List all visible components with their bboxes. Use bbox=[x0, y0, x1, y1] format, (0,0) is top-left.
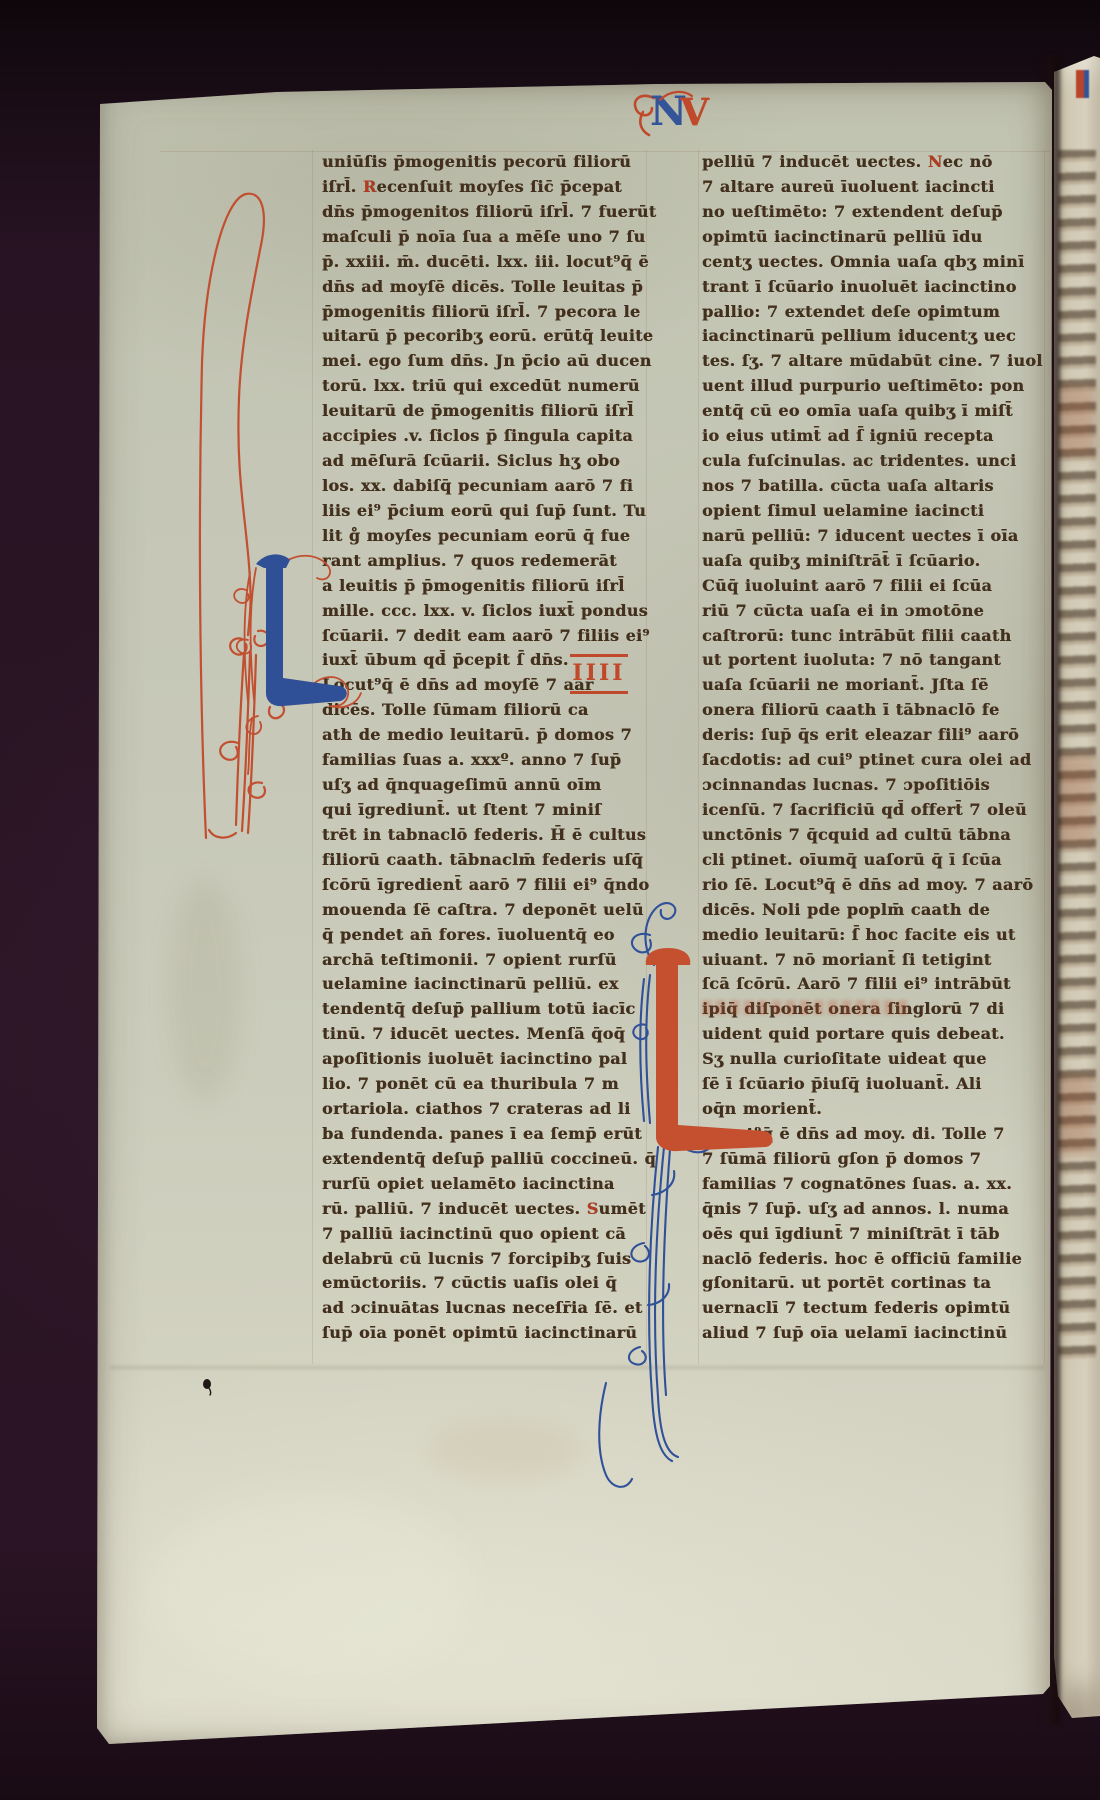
initial-l-red bbox=[540, 895, 800, 1520]
text-line: Cūq̄ iuoluint aarō 7 filii ei ſcūa bbox=[702, 576, 1050, 601]
text-line: p̄mogenitis filiorū iſrl̄. 7 pecora le bbox=[322, 302, 652, 327]
text-line: dicēs. Tolle ſūmam filiorū ca bbox=[322, 700, 652, 725]
text-line: io eius utimt̄ ad ſ̄ igniū recepta bbox=[702, 426, 1050, 451]
text-line: ſcūarii. 7 dedit eam aarō 7 filiis ei⁹ bbox=[322, 626, 652, 651]
text-line: ut portent iuoluta: 7 nō tangant bbox=[702, 650, 1050, 675]
adjacent-page-stain bbox=[1058, 756, 1094, 846]
initial-filigree-red bbox=[234, 556, 361, 774]
text-line: caſtrorū: tunc intrābūt filii caath bbox=[702, 626, 1050, 651]
text-line: uſʒ ad q̄nquageſimū annū oīm bbox=[322, 775, 652, 800]
text-line: torū. lxx. triū qui excedūt numerū bbox=[322, 376, 652, 401]
header-penwork-stroke-icon bbox=[658, 88, 694, 104]
text-line: los. xx. dabiſq̄ pecuniam aarō 7 fi bbox=[322, 476, 652, 501]
text-line: mille. ccc. lxx. v. ſiclos iuxt̄ pondus bbox=[322, 601, 652, 626]
initial-letter-body bbox=[256, 554, 347, 706]
text-line: a leuitis p̄ p̄mogenitis filiorū iſrl̄ bbox=[322, 576, 652, 601]
text-line: opimtū iacinctinarū pelliū īdu bbox=[702, 227, 1050, 252]
chapter-numeral-iiii: IIII bbox=[570, 654, 628, 694]
text-line: ɔcinnandas lucnas. 7 ɔpoſitiōis bbox=[702, 775, 1050, 800]
text-line: iſrl̄. Recenſuit moyſes ſic̄ p̄cepat bbox=[322, 177, 652, 202]
text-line: nos 7 batilla. cūcta uaſa altaris bbox=[702, 476, 1050, 501]
text-line: ad mēſurā ſcūarii. Siclus hʒ obo bbox=[322, 451, 652, 476]
text-line: icenſū. 7 ſacrificiū qd̄ offert̄ 7 oleū bbox=[702, 800, 1050, 825]
initial-l-blue bbox=[226, 548, 366, 783]
adjacent-page-header-mark bbox=[1076, 70, 1092, 98]
text-line: trēt in tabnaclō federis. H̄ ē cultus bbox=[322, 825, 652, 850]
text-line: uniūſis p̄mogenitis pecorū filiorū bbox=[322, 152, 652, 177]
text-line: pallio: 7 extendet deſe opimtum bbox=[702, 302, 1050, 327]
text-line: mei. ego ſum dn̄s. Jn p̄cio aū ducen bbox=[322, 351, 652, 376]
text-line: entq̄ cū eo omīa uaſa quibʒ ī miſt̄ bbox=[702, 401, 1050, 426]
text-line: p̄. xxiii. m̄. ducēti. lxx. iii. locut⁹q… bbox=[322, 252, 652, 277]
text-line: qui īgrediunt̄. ut ſtent 7 miniſ bbox=[322, 800, 652, 825]
text-line: cli ptinet. oīumq̄ uaſorū q̄ ī ſcūa bbox=[702, 850, 1050, 875]
text-line: ſacdotis: ad cui⁹ ptinet cura olei ad bbox=[702, 750, 1050, 775]
text-line: uaſa ſcūarii ne moriant̄. Jſta ſē bbox=[702, 675, 1050, 700]
text-line: uent illud purpurio ueſtimēto: pon bbox=[702, 376, 1050, 401]
initial-letter-body bbox=[646, 948, 773, 1151]
running-header: N V bbox=[628, 88, 738, 140]
text-line: onera filiorū caath ī tābnaclō fe bbox=[702, 700, 1050, 725]
text-line: leuitarū de p̄mogenitis filiorū iſrl̄ bbox=[322, 401, 652, 426]
text-line: deris: ſup̄ q̄s erit eleazar fili⁹ aarō bbox=[702, 725, 1050, 750]
parchment-stain bbox=[150, 1490, 470, 1680]
text-line: rant amplius. 7 quos redemerāt bbox=[322, 551, 652, 576]
text-line: centʒ uectes. Omnia uaſa qbʒ minī bbox=[702, 252, 1050, 277]
text-line: lit g̊ moyſes pecuniam eorū q̄ fue bbox=[322, 526, 652, 551]
text-line: filiorū caath. tābnaclm̄ federis uſq̄ bbox=[322, 850, 652, 875]
text-line: trant ī ſcūario inuoluēt iacinctino bbox=[702, 277, 1050, 302]
text-line: ath de medio leuitarū. p̄ domos 7 bbox=[322, 725, 652, 750]
text-line: pelliū 7 inducēt uectes. Nec nō bbox=[702, 152, 1050, 177]
ink-fleck bbox=[201, 1378, 215, 1396]
text-line: accipies .v. ſiclos p̄ ſingula capita bbox=[322, 426, 652, 451]
text-line: tes. ſʒ. 7 altare mūdabūt cine. 7 iuol bbox=[702, 351, 1050, 376]
text-line: familias ſuas a. xxxº. anno 7 ſup̄ bbox=[322, 750, 652, 775]
text-line: dn̄s p̄mogenitos filiorū iſrl̄. 7 fuerūt bbox=[322, 202, 652, 227]
adjacent-page-stain bbox=[1058, 386, 1094, 456]
text-line: riū 7 cūcta uaſa ei in ɔmotōne bbox=[702, 601, 1050, 626]
text-line: dn̄s ad moyſē dicēs. Tolle leuitas p̄ bbox=[322, 277, 652, 302]
text-line: opient ſimul uelamine iacincti bbox=[702, 501, 1050, 526]
text-line: uitarū p̄ pecoribʒ eorū. erūtq̄ leuite bbox=[322, 326, 652, 351]
photograph-background: N V uniūſis p̄mogenitis pecorū filiorūiſ… bbox=[0, 0, 1100, 1800]
text-line: maſculi p̄ noīa ſua a mēſe uno 7 ſu bbox=[322, 227, 652, 252]
text-line: 7 altare aureū īuoluent iacincti bbox=[702, 177, 1050, 202]
text-line: cula fuſcinulas. ac tridentes. unci bbox=[702, 451, 1050, 476]
text-line: iacinctinarū pellium iducentʒ uec bbox=[702, 326, 1050, 351]
text-line: narū pelliū: 7 iducent uectes ī oīa bbox=[702, 526, 1050, 551]
adjacent-page-stain bbox=[1058, 1076, 1094, 1156]
parchment-stain bbox=[170, 880, 240, 1100]
adjacent-page-edge bbox=[1054, 56, 1100, 1718]
text-line: liis ei⁹ p̄cium eorū qui ſup̄ ſunt. Tu bbox=[322, 501, 652, 526]
initial-filigree-blue bbox=[599, 903, 758, 1487]
text-line: no ueſtimēto: 7 extendent deſup̄ bbox=[702, 202, 1050, 227]
text-line: uaſa quibʒ miniſtrāt̄ ī ſcūario. bbox=[702, 551, 1050, 576]
text-line: unctōnis 7 q̄cquid ad cultū tābna bbox=[702, 825, 1050, 850]
